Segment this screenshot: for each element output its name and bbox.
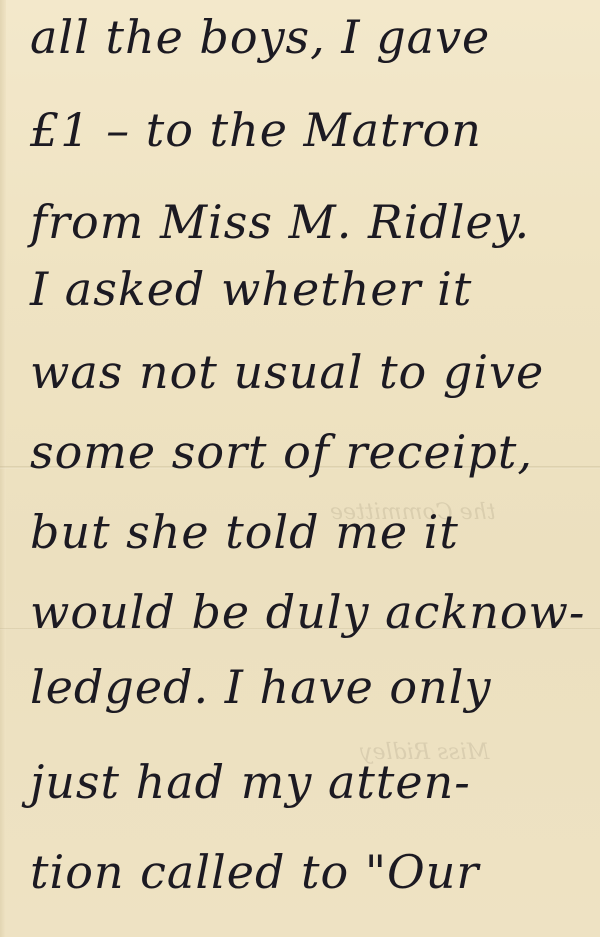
handwritten-line: ledged. I have only [30,660,491,714]
letter-page: the Committee Miss Ridley all the boys, … [0,0,600,937]
handwritten-line: would be duly acknow- [30,585,585,639]
handwritten-line: some sort of receipt, [30,425,533,479]
handwritten-line: tion called to "Our [30,845,479,899]
handwritten-line: all the boys, I gave [30,10,490,64]
handwritten-line: just had my atten- [30,755,471,809]
handwritten-line: from Miss M. Ridley. [30,195,530,249]
handwritten-line: £1 – to the Matron [30,103,482,157]
handwritten-line: but she told me it [30,505,459,559]
handwritten-line: I asked whether it [30,262,472,316]
handwritten-line: was not usual to give [30,345,544,399]
